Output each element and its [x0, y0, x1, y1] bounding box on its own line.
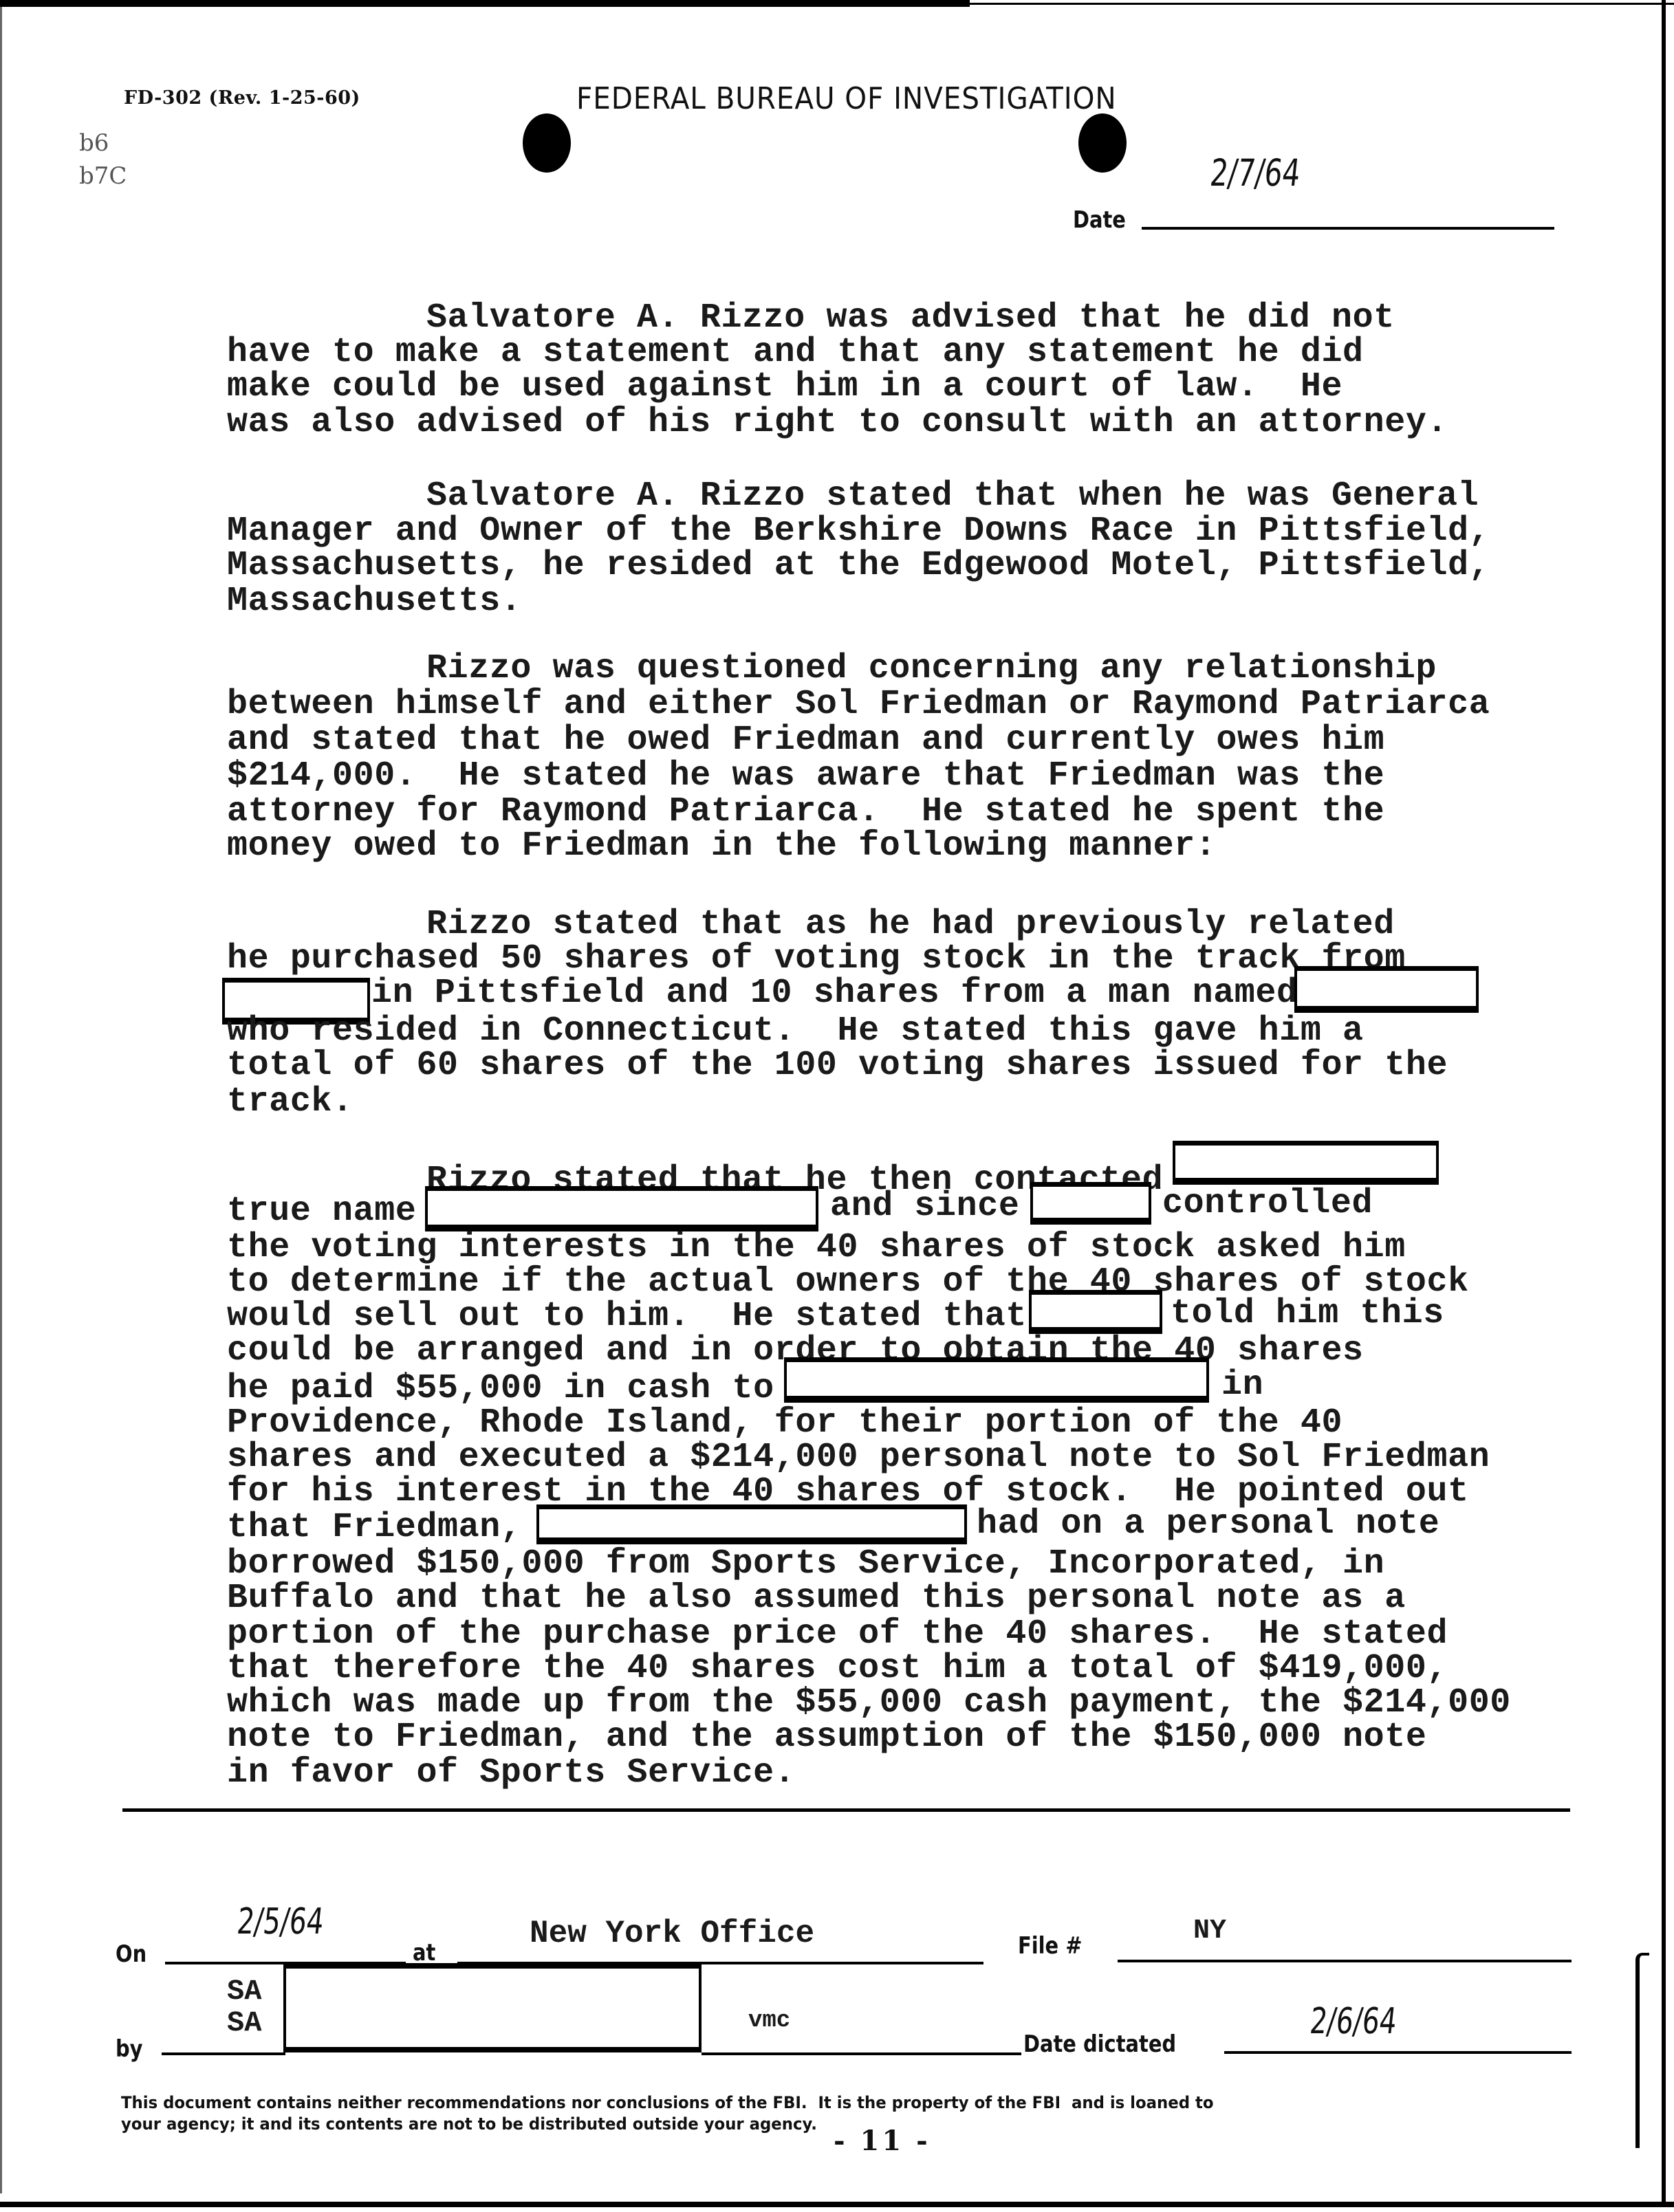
redaction-box	[425, 1186, 818, 1231]
by-underline-right	[702, 2052, 1021, 2055]
body-line: Manager and Owner of the Berkshire Downs…	[227, 514, 1490, 549]
body-line: make could be used against him in a cour…	[227, 370, 1343, 404]
body-line: total of 60 shares of the 100 voting sha…	[227, 1049, 1448, 1083]
body-line: Buffalo and that he also assumed this pe…	[227, 1581, 1406, 1616]
body-line: note to Friedman, and the assumption of …	[227, 1720, 1426, 1755]
page-number: - 11 -	[834, 2125, 931, 2157]
body-line: and stated that he owed Friedman and cur…	[227, 723, 1384, 758]
body-line: in	[1221, 1368, 1263, 1403]
redaction-box	[1173, 1141, 1439, 1185]
body-line: money owed to Friedman in the following …	[227, 829, 1216, 864]
body-line: who resided in Connecticut. He stated th…	[227, 1014, 1364, 1049]
body-line: between himself and either Sol Friedman …	[227, 688, 1490, 722]
body-line: Providence, Rhode Island, for their port…	[227, 1406, 1343, 1441]
punch-hole	[1078, 113, 1127, 173]
disclaimer-line: your agency; it and its contents are not…	[121, 2114, 817, 2134]
by-label: by	[116, 2035, 143, 2063]
body-line: Rizzo stated that as he had previously r…	[426, 908, 1395, 942]
date-dictated-underline	[1224, 2051, 1572, 2054]
disclaimer-line: This document contains neither recommend…	[121, 2093, 1214, 2112]
report-date-value: 2/7/64	[1208, 151, 1303, 195]
body-line: borrowed $150,000 from Sports Service, I…	[227, 1547, 1384, 1581]
redaction-box	[536, 1504, 967, 1544]
bottom-border	[0, 2202, 1674, 2207]
body-line: controlled	[1162, 1187, 1373, 1221]
body-line: shares and executed a $214,000 personal …	[227, 1441, 1490, 1475]
body-line: $214,000. He stated he was aware that Fr…	[227, 759, 1384, 793]
agent-prefix: SA	[227, 1975, 261, 2008]
right-page-edge	[1662, 0, 1666, 2207]
agency-title: FEDERAL BUREAU OF INVESTIGATION	[576, 81, 1117, 116]
date-underline	[1142, 227, 1554, 230]
body-line: told him this	[1171, 1297, 1444, 1331]
body-line: which was made up from the $55,000 cash …	[227, 1686, 1511, 1720]
body-line: Salvatore A. Rizzo stated that when he w…	[426, 479, 1479, 514]
body-line: Massachusetts.	[227, 584, 521, 619]
date-dictated-value: 2/6/64	[1308, 2001, 1399, 2042]
section-divider	[122, 1808, 1570, 1812]
document-page: FD-302 (Rev. 1-25-60) b6 b7C FEDERAL BUR…	[0, 0, 1674, 2212]
punch-hole	[523, 113, 571, 173]
margin-bracket-mark	[1635, 1953, 1649, 2148]
file-number-value: NY	[1193, 1916, 1226, 1947]
body-line: was also advised of his right to consult…	[227, 406, 1448, 440]
by-underline	[162, 2052, 285, 2055]
agent-prefix: SA	[227, 2006, 261, 2039]
body-line: true name	[227, 1194, 416, 1229]
body-line: Salvatore A. Rizzo was advised that he d…	[426, 301, 1395, 336]
body-line: attorney for Raymond Patriarca. He state…	[227, 795, 1384, 829]
interview-date-value: 2/5/64	[235, 1901, 326, 1942]
agent-name-redaction	[283, 1963, 702, 2052]
typist-initials: vmc	[748, 2008, 790, 2034]
top-border-rule	[0, 3, 1674, 5]
file-label: File #	[1018, 1932, 1082, 1960]
body-line: Rizzo was questioned concerning any rela…	[426, 652, 1437, 686]
form-number: FD-302 (Rev. 1-25-60)	[124, 87, 360, 109]
body-line: had on a personal note	[977, 1507, 1439, 1542]
file-underline	[1118, 1960, 1572, 1962]
left-page-edge	[0, 7, 2, 2193]
body-line: have to make a statement and that any st…	[227, 336, 1364, 370]
body-line: in Pittsfield and 10 shares from a man n…	[371, 976, 1298, 1011]
body-line: that therefore the 40 shares cost him a …	[227, 1652, 1448, 1686]
exemption-code: b7C	[79, 162, 127, 190]
body-line: and since	[830, 1190, 1019, 1224]
body-line: portion of the purchase price of the 40 …	[227, 1617, 1448, 1652]
date-dictated-label: Date dictated	[1023, 2030, 1176, 2058]
redaction-box	[784, 1357, 1209, 1403]
body-line: would sell out to him. He stated that	[227, 1300, 1027, 1334]
redaction-box	[1030, 1182, 1151, 1225]
body-line: he paid $55,000 in cash to	[227, 1372, 774, 1406]
redaction-box	[1029, 1290, 1162, 1334]
body-line: in favor of Sports Service.	[227, 1756, 795, 1791]
location-value: New York Office	[530, 1916, 814, 1951]
body-line: that Friedman,	[227, 1511, 521, 1545]
body-line: track.	[227, 1085, 354, 1119]
at-label: at	[413, 1939, 435, 1967]
body-line: Massachusetts, he resided at the Edgewoo…	[227, 549, 1490, 583]
exemption-code: b6	[79, 129, 109, 157]
body-line: he purchased 50 shares of voting stock i…	[227, 942, 1406, 976]
date-label: Date	[1073, 206, 1126, 234]
body-line: the voting interests in the 40 shares of…	[227, 1231, 1406, 1265]
on-label: On	[116, 1940, 146, 1968]
redaction-box	[1294, 966, 1479, 1013]
